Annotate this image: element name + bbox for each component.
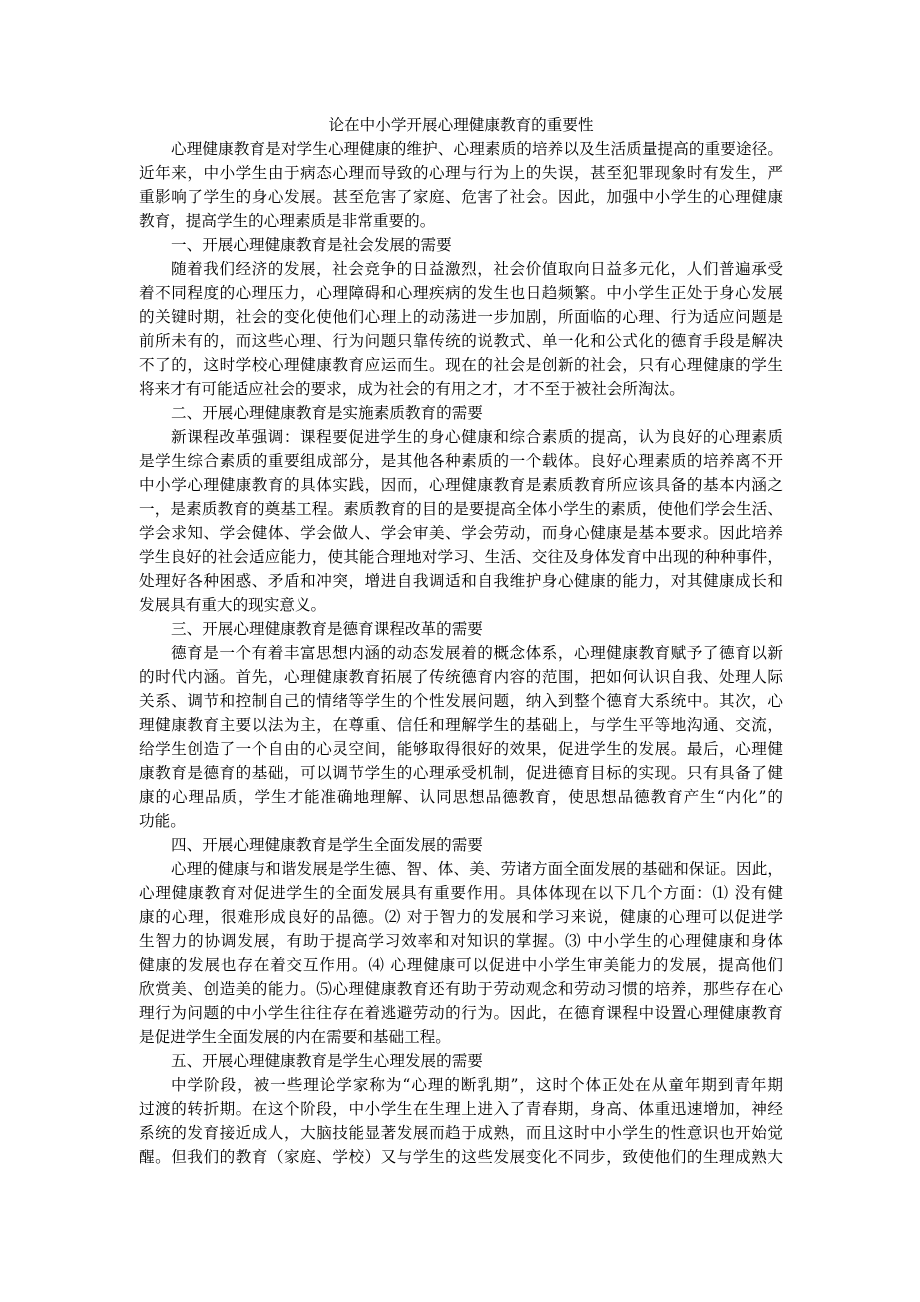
section-5: 五、开展心理健康教育是学生心理发展的需要 中学阶段，被一些理论学家称为“心理的断… — [139, 1049, 783, 1169]
paragraph-line: 欣赏美、创造美的能力。⑸心理健康教育还有助于劳动观念和劳动习惯的培养，那些存在心 — [139, 977, 783, 1001]
paragraph-line: 的关键时期，社会的变化使他们心理上的动荡进一步加剧，所面临的心理、行为适应问题是 — [139, 305, 783, 329]
paragraph-line: 的时代内涵。首先，心理健康教育拓展了传统德育内容的范围，把如何认识自我、处理人际 — [139, 665, 783, 689]
document-page: 论在中小学开展心理健康教育的重要性 心理健康教育是对学生心理健康的维护、心理素质… — [139, 113, 783, 1169]
paragraph-line: 学生良好的社会适应能力，使其能合理地对学习、生活、交往及身体发育中出现的种种事件… — [139, 545, 783, 569]
paragraph-line: 不了的，这时学校心理健康教育应运而生。现在的社会是创新的社会，只有心理健康的学生 — [139, 353, 783, 377]
section-heading: 二、开展心理健康教育是实施素质教育的需要 — [139, 401, 783, 425]
paragraph-line: 理健康教育主要以法为主，在尊重、信任和理解学生的基础上，与学生平等地沟通、交流， — [139, 713, 783, 737]
paragraph-line: 康的心理品质，学生才能准确地理解、认同思想品德教育，使思想品德教育产生“内化”的 — [139, 785, 783, 809]
paragraph-line: 康教育是德育的基础，可以调节学生的心理承受机制，促进德育目标的实现。只有具备了健 — [139, 761, 783, 785]
section-heading: 一、开展心理健康教育是社会发展的需要 — [139, 233, 783, 257]
paragraph-line: 教育，提高学生的心理素质是非常重要的。 — [139, 209, 783, 233]
paragraph-line: 着不同程度的心理压力，心理障碍和心理疾病的发生也日趋频繁。中小学生正处于身心发展 — [139, 281, 783, 305]
paragraph-line: 近年来，中小学生由于病态心理而导致的心理与行为上的失误，甚至犯罪现象时有发生，严 — [139, 161, 783, 185]
paragraph-line: 学会求知、学会健体、学会做人、学会审美、学会劳动，而身心健康是基本要求。因此培养 — [139, 521, 783, 545]
paragraph-line: 心理的健康与和谐发展是学生德、智、体、美、劳诸方面全面发展的基础和保证。因此， — [139, 857, 783, 881]
section-4: 四、开展心理健康教育是学生全面发展的需要 心理的健康与和谐发展是学生德、智、体、… — [139, 833, 783, 1049]
intro-paragraph: 心理健康教育是对学生心理健康的维护、心理素质的培养以及生活质量提高的重要途径。 … — [139, 137, 783, 233]
paragraph-line: 功能。 — [139, 809, 783, 833]
paragraph-line: 中小学心理健康教育的具体实践，因而，心理健康教育是素质教育所应该具备的基本内涵之 — [139, 473, 783, 497]
document-title: 论在中小学开展心理健康教育的重要性 — [139, 113, 783, 137]
paragraph-line: 给学生创造了一个自由的心灵空间，能够取得很好的效果，促进学生的发展。最后，心理健 — [139, 737, 783, 761]
paragraph-line: 随着我们经济的发展，社会竞争的日益激烈，社会价值取向日益多元化，人们普遍承受 — [139, 257, 783, 281]
paragraph-line: 发展具有重大的现实意义。 — [139, 593, 783, 617]
paragraph-line: 关系、调节和控制自己的情绪等学生的个性发展问题，纳入到整个德育大系统中。其次，心 — [139, 689, 783, 713]
paragraph-line: 重影响了学生的身心发展。甚至危害了家庭、危害了社会。因此，加强中小学生的心理健康 — [139, 185, 783, 209]
section-1: 一、开展心理健康教育是社会发展的需要 随着我们经济的发展，社会竞争的日益激烈，社… — [139, 233, 783, 401]
paragraph-line: 理行为问题的中小学生往往存在着逃避劳动的行为。因此，在德育课程中设置心理健康教育 — [139, 1001, 783, 1025]
paragraph-line: 将来才有可能适应社会的要求，成为社会的有用之才，才不至于被社会所淘汰。 — [139, 377, 783, 401]
paragraph-line: 醒。但我们的教育（家庭、学校）又与学生的这些发展变化不同步，致使他们的生理成熟大 — [139, 1145, 783, 1169]
paragraph-line: 中学阶段，被一些理论学家称为“心理的断乳期”，这时个体正处在从童年期到青年期 — [139, 1073, 783, 1097]
paragraph-line: 生智力的协调发展，有助于提高学习效率和对知识的掌握。⑶ 中小学生的心理健康和身体 — [139, 929, 783, 953]
section-heading: 三、开展心理健康教育是德育课程改革的需要 — [139, 617, 783, 641]
paragraph-line: 健康的发展也存在着交互作用。⑷ 心理健康可以促进中小学生审美能力的发展，提高他们 — [139, 953, 783, 977]
paragraph-line: 过渡的转折期。在这个阶段，中小学生在生理上进入了青春期，身高、体重迅速增加，神经 — [139, 1097, 783, 1121]
paragraph-line: 处理好各种困惑、矛盾和冲突，增进自我调适和自我维护身心健康的能力，对其健康成长和 — [139, 569, 783, 593]
section-3: 三、开展心理健康教育是德育课程改革的需要 德育是一个有着丰富思想内涵的动态发展着… — [139, 617, 783, 833]
section-heading: 五、开展心理健康教育是学生心理发展的需要 — [139, 1049, 783, 1073]
paragraph-line: 前所未有的，而这些心理、行为问题只靠传统的说教式、单一化和公式化的德育手段是解决 — [139, 329, 783, 353]
paragraph-line: 心理健康教育对促进学生的全面发展具有重要作用。具体体现在以下几个方面：⑴ 没有健 — [139, 881, 783, 905]
paragraph-line: 德育是一个有着丰富思想内涵的动态发展着的概念体系，心理健康教育赋予了德育以新 — [139, 641, 783, 665]
section-2: 二、开展心理健康教育是实施素质教育的需要 新课程改革强调：课程要促进学生的身心健… — [139, 401, 783, 617]
paragraph-line: 系统的发育接近成人，大脑技能显著发展而趋于成熟，而且这时中小学生的性意识也开始觉 — [139, 1121, 783, 1145]
paragraph-line: 心理健康教育是对学生心理健康的维护、心理素质的培养以及生活质量提高的重要途径。 — [139, 137, 783, 161]
paragraph-line: 是促进学生全面发展的内在需要和基础工程。 — [139, 1025, 783, 1049]
paragraph-line: 新课程改革强调：课程要促进学生的身心健康和综合素质的提高，认为良好的心理素质 — [139, 425, 783, 449]
paragraph-line: 一，是素质教育的奠基工程。素质教育的目的是要提高全体小学生的素质，使他们学会生活… — [139, 497, 783, 521]
section-heading: 四、开展心理健康教育是学生全面发展的需要 — [139, 833, 783, 857]
paragraph-line: 康的心理，很难形成良好的品德。⑵ 对于智力的发展和学习来说，健康的心理可以促进学 — [139, 905, 783, 929]
paragraph-line: 是学生综合素质的重要组成部分，是其他各种素质的一个载体。良好心理素质的培养离不开 — [139, 449, 783, 473]
